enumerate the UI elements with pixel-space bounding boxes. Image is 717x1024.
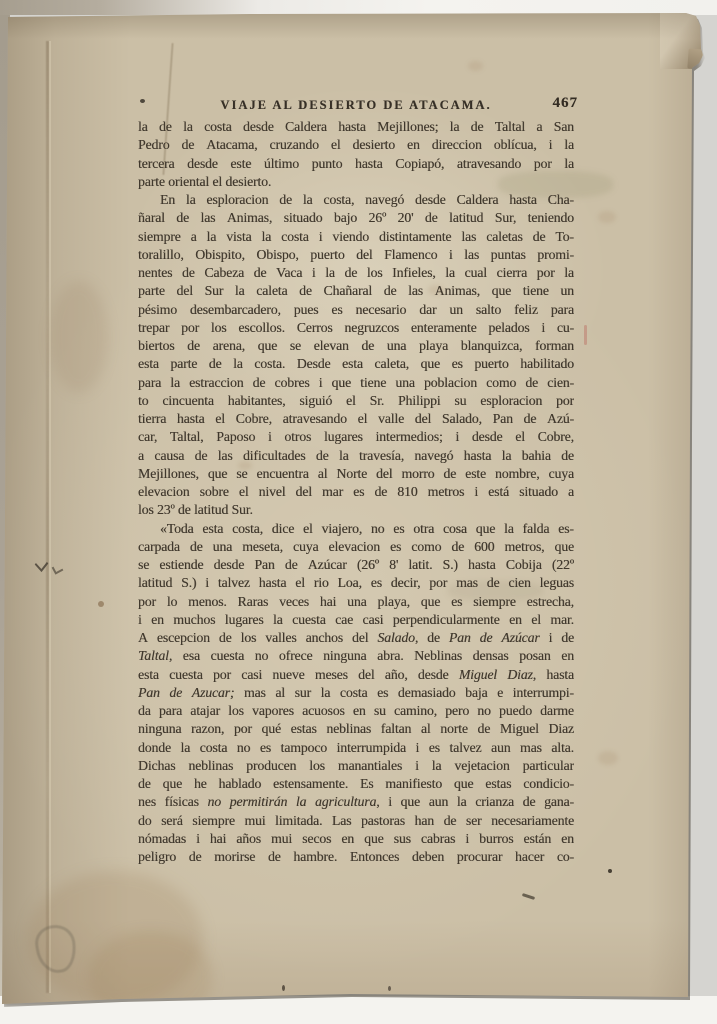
word: caleta, (374, 355, 409, 373)
word: meses (315, 666, 348, 684)
word: de (182, 264, 195, 282)
stain (50, 281, 108, 393)
word: nombre, (495, 465, 540, 483)
word: que (421, 593, 440, 611)
word: de (561, 629, 574, 647)
word: mar (322, 483, 343, 501)
word: tercera (138, 155, 174, 173)
word: pero (445, 702, 469, 720)
word: siempre (473, 593, 516, 611)
word: mas (244, 684, 266, 702)
word: que (554, 538, 573, 556)
word: casi (362, 611, 383, 629)
word: Paposo (216, 428, 255, 446)
scan-top-band (0, 0, 717, 15)
word: Raras (238, 593, 269, 611)
word: del (352, 629, 368, 647)
word: de (178, 502, 191, 517)
word: tiene (523, 282, 549, 300)
word: atravesando (283, 410, 347, 428)
word: Cabeza (204, 264, 244, 282)
word: vejetacion (454, 757, 509, 775)
word: Salado, (377, 629, 418, 647)
word: i (319, 374, 323, 392)
text-line: daparaatajarlosvaporesacuososensucamino,… (138, 702, 574, 720)
word: están (524, 830, 552, 848)
word: cuesta (211, 647, 245, 665)
word: vapores (252, 702, 294, 720)
word: los (228, 702, 244, 720)
word: enteramente (411, 319, 477, 337)
word: aun (429, 793, 448, 811)
word: estas (291, 720, 317, 738)
word: hasta (259, 574, 287, 592)
word: S.) (181, 574, 196, 592)
word: esta (138, 666, 159, 684)
word: del (356, 246, 372, 264)
word: e (497, 684, 503, 702)
word: Cerros (297, 319, 333, 337)
word: de (425, 209, 438, 227)
word: i (312, 264, 316, 282)
word: una (395, 374, 414, 392)
word: habilitado (520, 355, 574, 373)
word: su (454, 392, 466, 410)
body-text: ladelacostadesdeCalderahastaMejillones;l… (138, 118, 574, 866)
word: Azúcar (308, 556, 347, 574)
word: encuentra (256, 465, 308, 483)
word: Cha- (548, 191, 574, 209)
word: cuya (548, 465, 573, 483)
word: atajar (190, 702, 220, 720)
word: Dichas (138, 757, 175, 775)
text-line: Dichasneblinasproducenlosmanantialesilav… (138, 757, 574, 775)
word: hablado (219, 775, 262, 793)
word: i (541, 319, 545, 337)
word: puerto (474, 355, 508, 373)
word: puntas (491, 246, 526, 264)
word: siempre (192, 812, 235, 830)
word: Pan (493, 410, 513, 428)
text-line: paralaestracciondecobresiquetieneunapobl… (138, 374, 574, 392)
text-line: ñaraldelasAnimas,situadobajo26º20'delati… (138, 209, 574, 227)
word: producen (246, 757, 296, 775)
word: la (235, 282, 245, 300)
speck (282, 985, 285, 991)
text-line: doserásiempremuilimitada.Laspastorashand… (138, 812, 574, 830)
word: al (318, 465, 328, 483)
word: Pedro (138, 136, 169, 154)
word: «Toda (160, 520, 194, 538)
red-pencil-mark (584, 325, 587, 345)
word: de (384, 282, 397, 300)
word: nivel (259, 483, 286, 501)
word: sur (295, 684, 311, 702)
word: en (561, 830, 574, 848)
word: aun (491, 739, 510, 757)
word: cu- (557, 319, 574, 337)
word: la (445, 264, 455, 282)
word: donde (138, 739, 171, 757)
word: 8' (389, 556, 398, 574)
word: es (452, 355, 463, 373)
word: neblinas (188, 757, 233, 775)
word: la (564, 264, 574, 282)
text-line: partedelSurlacaletadeChañaraldelasAnimas… (138, 282, 574, 300)
word: costa (340, 684, 368, 702)
word: a (138, 447, 144, 465)
word: como (411, 538, 441, 556)
word: carpada (138, 538, 180, 556)
word: del (415, 410, 431, 428)
text-line: PedrodeAtacama,cruzandoeldesiertoendirec… (138, 136, 574, 154)
word: acuosos (302, 702, 345, 720)
text-line: car,Taltal,Paposoiotroslugaresintermedio… (138, 428, 574, 446)
word: que (332, 374, 351, 392)
word: cuya (293, 538, 318, 556)
word: i (415, 757, 419, 775)
word: estensamente. (273, 775, 348, 793)
word: puedo (499, 702, 532, 720)
word: Azucar; (192, 684, 235, 702)
word: no (237, 739, 251, 757)
word: escollos. (238, 319, 285, 337)
word: este (230, 155, 251, 173)
word: de (487, 574, 500, 592)
word: un (449, 301, 463, 319)
word: S.) (443, 556, 458, 574)
word: i (205, 574, 209, 592)
word: Diaz, (507, 666, 536, 684)
word: que (476, 520, 495, 538)
word: En (160, 191, 175, 209)
text-line: los 23º de latitud Sur. (138, 501, 574, 519)
word: (26º (357, 556, 379, 574)
word: viajero, (322, 520, 363, 538)
word: i (138, 611, 142, 629)
word: de (451, 538, 464, 556)
text-line: «Todaestacosta,diceelviajero,noesotracos… (138, 520, 574, 538)
text-line: treparporlosescollos.Cerrosnegruzcosente… (138, 319, 574, 337)
word: año, (385, 666, 408, 684)
word: latit. (408, 556, 432, 574)
word: crianza (475, 793, 514, 811)
word: la (450, 118, 460, 136)
word: i (474, 483, 478, 501)
word: neblinas (326, 720, 371, 738)
word: para (551, 301, 574, 319)
word: la (339, 447, 349, 465)
word: habitantes, (228, 392, 286, 410)
word: de (524, 410, 537, 428)
word: no (477, 702, 491, 720)
word: teniendo (528, 209, 574, 227)
text-line: porlomenos.Rarasveceshaiunaplaya,queessi… (138, 593, 574, 611)
word: i (416, 739, 420, 757)
word: una (213, 538, 232, 556)
word: mas (456, 574, 478, 592)
word: To- (555, 228, 574, 246)
word: la (321, 684, 331, 702)
word: limitada. (275, 812, 322, 830)
word: muchos (173, 611, 215, 629)
word: interrumpi- (513, 684, 574, 702)
word: las (464, 246, 479, 264)
word: una (347, 593, 366, 611)
text-line: nómadasihaiañosmuisecosenquesuscabrasibu… (138, 830, 574, 848)
speck (522, 893, 535, 900)
word: de (316, 447, 329, 465)
word: hacer (515, 848, 544, 866)
word: parte (138, 174, 165, 189)
word: mui (244, 812, 265, 830)
word: de (471, 118, 484, 136)
running-head: VIAJE AL DESIERTO DE ATACAMA. 467 (138, 97, 574, 114)
text-line: carpadadeunameseta,cuyaelevacionescomode… (138, 538, 574, 556)
word: nueve (272, 666, 304, 684)
word: Sur. (231, 502, 252, 517)
text-line: ienmuchoslugareslacuestacaecasiperpendic… (138, 611, 574, 629)
word: Chañaral (323, 282, 372, 300)
word: estas (485, 775, 511, 793)
word: (22º (552, 556, 574, 574)
word: de (181, 136, 194, 154)
word: blanquizca, (461, 337, 523, 355)
text-line: nesfísicasnopermitiránlaagricultura,ique… (138, 793, 574, 811)
word: poblacion (424, 374, 477, 392)
word: 26º (368, 209, 386, 227)
word: ñaral (138, 209, 165, 227)
word: a (568, 483, 574, 501)
word: situado (284, 209, 323, 227)
word: situado (519, 483, 558, 501)
word: no (255, 647, 269, 665)
text-line: siemprealavistalacostaiviendodistintamen… (138, 228, 574, 246)
word: 600 (474, 538, 494, 556)
word: qué (261, 720, 280, 738)
text-line: estacuestaporcasinuevemesesdelaño,desdeM… (138, 666, 574, 684)
word: Obispo, (256, 246, 298, 264)
word: en (151, 611, 164, 629)
word: Infieles, (392, 264, 435, 282)
word: los (211, 319, 227, 337)
word: pues (294, 301, 319, 319)
word: para (159, 702, 182, 720)
word: que (208, 465, 227, 483)
word: peligro (138, 848, 176, 866)
word: es (393, 520, 404, 538)
word: elevacion (138, 483, 190, 501)
word: meseta, (242, 538, 283, 556)
word: de (374, 483, 387, 501)
word: la (432, 757, 442, 775)
word: abra. (377, 647, 403, 665)
word: procurar (457, 848, 503, 866)
word: car, (138, 428, 157, 446)
word: do (138, 812, 152, 830)
word: en (561, 647, 574, 665)
word: hasta (338, 118, 366, 136)
word: razon, (191, 720, 224, 738)
word: veces (279, 593, 309, 611)
word: nes (138, 793, 156, 811)
word: cien (508, 574, 530, 592)
text-line: PandeAzucar;masalsurlacostaesdemasiadoba… (138, 684, 574, 702)
word: en (353, 702, 366, 720)
word: desde (415, 191, 446, 209)
word: esploracion (206, 191, 268, 209)
word: a (536, 118, 542, 136)
word: no (208, 793, 222, 811)
word: será (161, 812, 183, 830)
word: cuesta (169, 666, 203, 684)
text-line: parte oriental el desierto. (138, 173, 574, 191)
word: cierra (497, 264, 528, 282)
word: atravesando (457, 155, 521, 173)
text-line: biertosdearena,queseelevandeunaplayablan… (138, 337, 574, 355)
fox-spot (598, 751, 618, 765)
word: metros, (504, 538, 544, 556)
page-title: VIAJE AL DESIERTO DE ATACAMA. (138, 97, 574, 114)
word: faltan (381, 720, 412, 738)
word: parte (138, 282, 165, 300)
text-line: Taltal,esacuestanoofreceningunaabra.Nebl… (138, 647, 574, 665)
word: que (421, 355, 440, 373)
word: de (253, 374, 266, 392)
word: intermedios; (375, 428, 442, 446)
word: mar. (550, 611, 574, 629)
word: Taltal, (138, 647, 172, 665)
word: Vaca (276, 264, 302, 282)
word: promi- (537, 246, 574, 264)
word: de (187, 337, 200, 355)
word: de (195, 447, 208, 465)
word: que (258, 337, 277, 355)
word: bahia (522, 447, 551, 465)
word: este (465, 465, 486, 483)
word: hasta (509, 191, 537, 209)
word: Miguel (459, 666, 497, 684)
text-line: acausadelasdificultadesdelatravesía,nave… (138, 447, 574, 465)
word: Pan (449, 629, 471, 647)
word: puerto (310, 246, 344, 264)
word: el (239, 483, 249, 501)
word: parte (170, 355, 197, 373)
word: Animas, (227, 209, 272, 227)
word: Mejillones, (138, 465, 199, 483)
word: han (415, 812, 434, 830)
word: Loa, (338, 574, 362, 592)
word: de (219, 629, 232, 647)
word: latitud (194, 502, 228, 517)
text-line: elevacionsobreelniveldelmaresde810metros… (138, 483, 574, 501)
word: a (191, 228, 197, 246)
fox-spot (468, 61, 483, 71)
word: desde (418, 666, 449, 684)
word: Mejillones; (377, 118, 438, 136)
word: el (303, 520, 313, 538)
word: arena, (213, 337, 245, 355)
word: i (268, 428, 272, 446)
word: de (159, 118, 172, 136)
word: de (169, 684, 182, 702)
word: feliz (514, 301, 538, 319)
word: que (401, 793, 420, 811)
word: pésimo (138, 301, 177, 319)
word: desde (472, 428, 503, 446)
word: la (296, 793, 306, 811)
word: interrumpida (337, 739, 406, 757)
word: el (515, 428, 525, 446)
word: distintamente (379, 228, 451, 246)
word: direccion (432, 136, 482, 154)
word: es (353, 483, 364, 501)
word: elevan (314, 337, 349, 355)
word: la (261, 228, 271, 246)
word: latitud (449, 209, 483, 227)
text-line: Enlaesploraciondelacosta,navegódesdeCald… (138, 191, 574, 209)
word: playa (419, 337, 448, 355)
word: caleta (256, 282, 287, 300)
text-line: seestiendedesdePandeAzúcar(26º8'latit.S.… (138, 556, 574, 574)
word: costa, (232, 520, 263, 538)
word: que (163, 775, 182, 793)
binding-crease-highlight (49, 41, 51, 993)
word: hasta (355, 155, 383, 173)
word: dice (272, 520, 294, 538)
word: Copiapó, (395, 155, 444, 173)
word: pastoras (361, 812, 405, 830)
word: el (346, 392, 356, 410)
speck (98, 601, 104, 607)
word: valles (265, 629, 296, 647)
word: de (279, 191, 292, 209)
text-line: ningunarazon,porquéestasneblinasfaltanal… (138, 720, 574, 738)
word: de (533, 228, 546, 246)
word: las (200, 209, 215, 227)
word: esta (138, 355, 159, 373)
word: pelados (488, 319, 529, 337)
text-line: dequehehabladoestensamente.Esmanifiestoq… (138, 775, 574, 793)
word: último (264, 155, 299, 173)
word: Taltal, (170, 428, 204, 446)
word: menos. (188, 593, 227, 611)
word: por (534, 155, 552, 173)
word: su (374, 702, 386, 720)
word: Caldera (456, 191, 498, 209)
text-line: dondelacostanoestampocointerrumpidaiesta… (138, 739, 574, 757)
word: navegó (414, 447, 453, 465)
word: de (176, 209, 189, 227)
word: San (554, 118, 574, 136)
word: cincuenta (162, 392, 214, 410)
word: i (549, 629, 553, 647)
word: los (138, 502, 154, 517)
word: nentes (138, 264, 172, 282)
word: morro (401, 465, 434, 483)
word: demasiado (398, 684, 456, 702)
word: talvez (449, 739, 481, 757)
word: ser (466, 812, 482, 830)
word: latitud (138, 574, 172, 592)
word: en (509, 611, 522, 629)
word: costa (204, 118, 232, 136)
word: falda (523, 520, 550, 538)
word: Entonces (350, 848, 399, 866)
word: condicio- (523, 775, 574, 793)
word: de (189, 848, 202, 866)
word: del (296, 483, 312, 501)
